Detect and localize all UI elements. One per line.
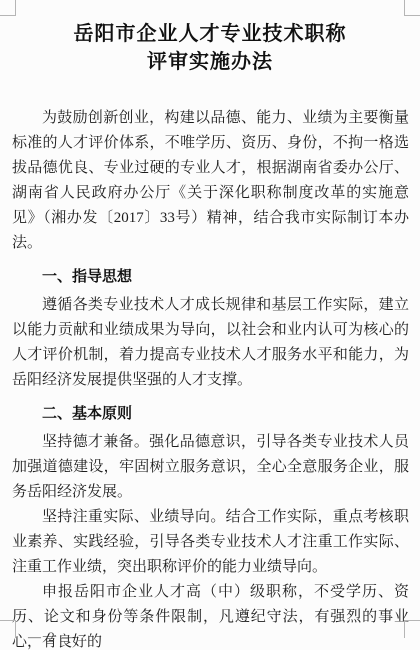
- text-boundary-mark-top-right: [404, 0, 420, 16]
- document-title-line2: 评审实施办法: [12, 48, 408, 76]
- paragraph-principle-performance: 坚持注重实际、业绩导向。结合工作实际，重点考核职业素养、实践经验，引导各类专业技…: [12, 505, 409, 580]
- text-boundary-mark-bottom-left: [0, 620, 16, 638]
- text-boundary-mark-bottom-right: [404, 620, 420, 638]
- document-page: 岳阳市企业人才专业技术职称 评审实施办法 为鼓励创新创业，构建以品德、能力、业绩…: [0, 0, 420, 650]
- paragraph-guiding-ideology: 遵循各类专业技术人才成长规律和基层工作实际，建立以能力贡献和业绩成果为导向，以社…: [12, 293, 409, 393]
- document-body: 为鼓励创新创业，构建以品德、能力、业绩为主要衡量标准的人才评价体系，不唯学历、资…: [12, 106, 409, 650]
- paragraph-intro: 为鼓励创新创业，构建以品德、能力、业绩为主要衡量标准的人才评价体系，不唯学历、资…: [12, 106, 409, 256]
- document-title-line1: 岳阳市企业人才专业技术职称: [12, 20, 408, 48]
- page-number: — 2 —: [28, 629, 77, 645]
- text-boundary-mark-top-left: [0, 0, 16, 16]
- section-heading-2: 二、基本原则: [12, 401, 409, 426]
- paragraph-principle-virtue: 坚持德才兼备。强化品德意识，引导各类专业技术人员加强道德建设，牢固树立服务意识，…: [12, 430, 409, 505]
- document-title: 岳阳市企业人才专业技术职称 评审实施办法: [12, 20, 408, 76]
- section-heading-1: 一、指导思想: [12, 264, 409, 289]
